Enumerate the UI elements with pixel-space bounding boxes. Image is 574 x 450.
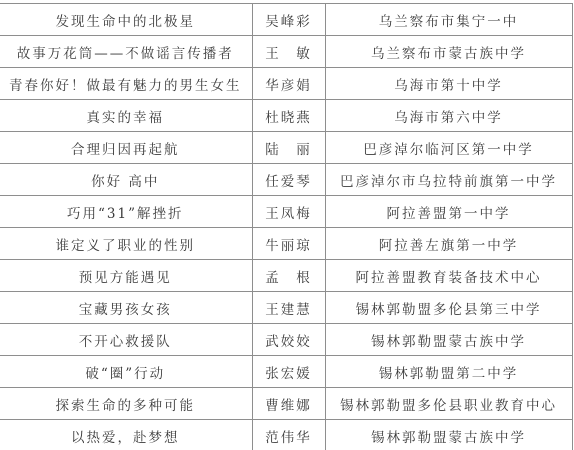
- table-row: 探索生命的多种可能 曹维娜 锡林郭勒盟多伦县职业教育中心: [0, 388, 572, 420]
- school-cell: 阿拉善左旗第一中学: [325, 228, 572, 260]
- teacher-name-cell: 任爱琴: [252, 164, 325, 196]
- teacher-name-cell: 王凤梅: [252, 196, 325, 228]
- table-row: 破“圈”行动 张宏媛 锡林郭勒盟第二中学: [0, 356, 572, 388]
- table-row: 合理归因再起航 陆 丽 巴彦淖尔临河区第一中学: [0, 132, 572, 164]
- teacher-name-cell: 牛丽琼: [252, 228, 325, 260]
- table-row: 发现生命中的北极星 吴峰彩 乌兰察布市集宁一中: [0, 4, 572, 36]
- lesson-title-cell: 探索生命的多种可能: [0, 388, 252, 420]
- school-cell: 乌海市第六中学: [325, 100, 572, 132]
- lesson-title-cell: 谁定义了职业的性别: [0, 228, 252, 260]
- teacher-name-cell: 王建慧: [252, 292, 325, 324]
- table-body: 发现生命中的北极星 吴峰彩 乌兰察布市集宁一中 故事万花筒——不做谣言传播者 王…: [0, 4, 572, 450]
- teacher-name-cell: 杜晓燕: [252, 100, 325, 132]
- teacher-name-cell: 张宏媛: [252, 356, 325, 388]
- teacher-name-cell: 范伟华: [252, 420, 325, 450]
- school-cell: 乌兰察布市集宁一中: [325, 4, 572, 36]
- lesson-title-cell: 破“圈”行动: [0, 356, 252, 388]
- lesson-title-cell: 青春你好！做最有魅力的男生女生: [0, 68, 252, 100]
- teacher-name-cell: 武姣姣: [252, 324, 325, 356]
- table-row: 谁定义了职业的性别 牛丽琼 阿拉善左旗第一中学: [0, 228, 572, 260]
- school-cell: 阿拉善盟第一中学: [325, 196, 572, 228]
- lesson-title-cell: 真实的幸福: [0, 100, 252, 132]
- table-row: 巧用“31”解挫折 王凤梅 阿拉善盟第一中学: [0, 196, 572, 228]
- lesson-title-cell: 宝藏男孩女孩: [0, 292, 252, 324]
- lesson-title-cell: 发现生命中的北极星: [0, 4, 252, 36]
- table-row: 故事万花筒——不做谣言传播者 王 敏 乌兰察布市蒙古族中学: [0, 36, 572, 68]
- award-list-table: 发现生命中的北极星 吴峰彩 乌兰察布市集宁一中 故事万花筒——不做谣言传播者 王…: [0, 3, 573, 450]
- school-cell: 阿拉善盟教育装备技术中心: [325, 260, 572, 292]
- table-row: 以热爱，赴梦想 范伟华 锡林郭勒盟蒙古族中学: [0, 420, 572, 450]
- table-row: 真实的幸福 杜晓燕 乌海市第六中学: [0, 100, 572, 132]
- lesson-title-cell: 你好 高中: [0, 164, 252, 196]
- school-cell: 锡林郭勒盟蒙古族中学: [325, 420, 572, 450]
- lesson-title-cell: 以热爱，赴梦想: [0, 420, 252, 450]
- school-cell: 乌海市第十中学: [325, 68, 572, 100]
- lesson-title-cell: 合理归因再起航: [0, 132, 252, 164]
- teacher-name-cell: 孟 根: [252, 260, 325, 292]
- teacher-name-cell: 吴峰彩: [252, 4, 325, 36]
- teacher-name-cell: 曹维娜: [252, 388, 325, 420]
- teacher-name-cell: 华彦娟: [252, 68, 325, 100]
- table-row: 宝藏男孩女孩 王建慧 锡林郭勒盟多伦县第三中学: [0, 292, 572, 324]
- school-cell: 乌兰察布市蒙古族中学: [325, 36, 572, 68]
- table-row: 青春你好！做最有魅力的男生女生 华彦娟 乌海市第十中学: [0, 68, 572, 100]
- lesson-title-cell: 预见方能遇见: [0, 260, 252, 292]
- lesson-title-cell: 巧用“31”解挫折: [0, 196, 252, 228]
- lesson-title-cell: 不开心救援队: [0, 324, 252, 356]
- school-cell: 锡林郭勒盟蒙古族中学: [325, 324, 572, 356]
- school-cell: 巴彦淖尔临河区第一中学: [325, 132, 572, 164]
- school-cell: 锡林郭勒盟多伦县职业教育中心: [325, 388, 572, 420]
- school-cell: 锡林郭勒盟第二中学: [325, 356, 572, 388]
- teacher-name-cell: 王 敏: [252, 36, 325, 68]
- lesson-title-cell: 故事万花筒——不做谣言传播者: [0, 36, 252, 68]
- school-cell: 巴彦淖尔市乌拉特前旗第一中学: [325, 164, 572, 196]
- table-row: 预见方能遇见 孟 根 阿拉善盟教育装备技术中心: [0, 260, 572, 292]
- table-row: 不开心救援队 武姣姣 锡林郭勒盟蒙古族中学: [0, 324, 572, 356]
- table-row: 你好 高中 任爱琴 巴彦淖尔市乌拉特前旗第一中学: [0, 164, 572, 196]
- school-cell: 锡林郭勒盟多伦县第三中学: [325, 292, 572, 324]
- teacher-name-cell: 陆 丽: [252, 132, 325, 164]
